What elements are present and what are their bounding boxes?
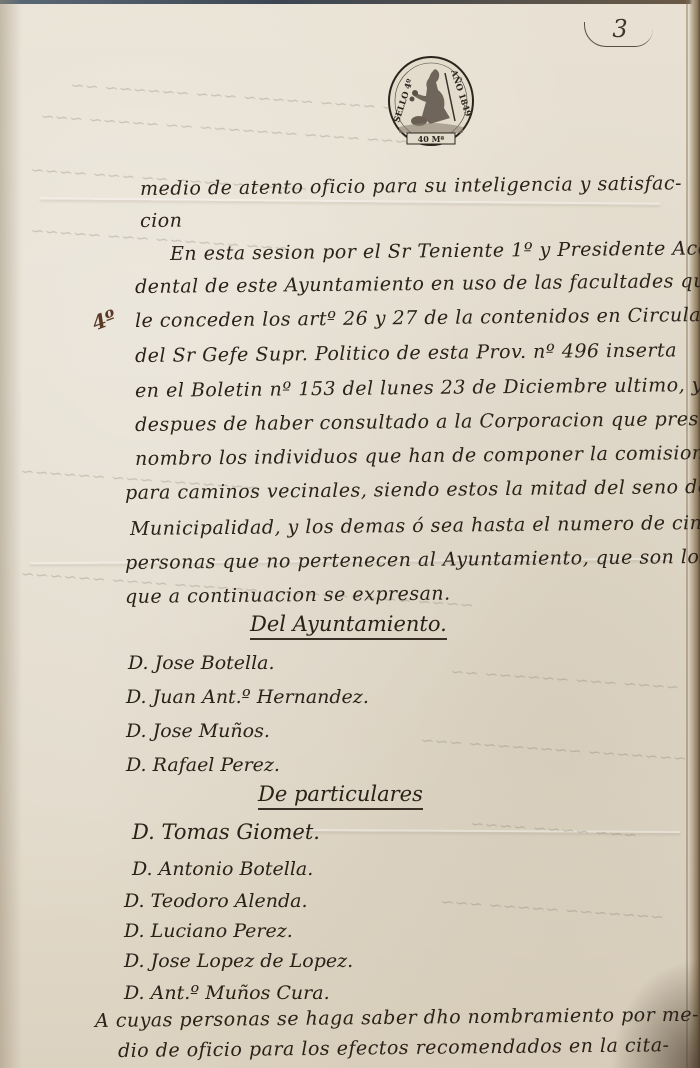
- paper-crease: [40, 197, 660, 204]
- name-entry: D. Tomas Giomet.: [132, 820, 320, 844]
- text-line: A cuyas personas se haga saber dho nombr…: [95, 1004, 699, 1032]
- name-entry: D. Antonio Botella.: [132, 858, 313, 880]
- text-line: del Sr Gefe Supr. Politico de esta Prov.…: [135, 339, 677, 367]
- text-line: nombro los individuos que han de compone…: [135, 442, 700, 470]
- name-entry: D. Ant.º Muños Cura.: [124, 982, 330, 1004]
- svg-text:40 Mª: 40 Mª: [418, 134, 445, 144]
- name-entry: D. Jose Botella.: [128, 652, 275, 674]
- text-line: que a continuacion se expresan.: [125, 583, 451, 608]
- name-entry: D. Jose Lopez de Lopez.: [124, 950, 353, 972]
- top-edge: [0, 0, 700, 4]
- name-entry: D. Juan Ant.º Hernandez.: [126, 686, 369, 708]
- name-entry: D. Jose Muños.: [126, 720, 270, 742]
- left-shadow: [0, 0, 22, 1068]
- text-line: En esta sesion por el Sr Teniente 1º y P…: [170, 237, 700, 265]
- name-entry: D. Teodoro Alenda.: [124, 890, 308, 912]
- name-entry: D. Rafael Perez.: [126, 754, 280, 776]
- text-line: despues de haber consultado a la Corpora…: [135, 408, 700, 436]
- bleed-through: ~~~~~~~ ~~~~~ ~~~: [440, 892, 665, 928]
- bleed-through: ~~~~ ~~~ ~~~~~~ ~~: [450, 662, 681, 698]
- margin-annotation: 4º: [89, 305, 120, 336]
- text-line: Municipalidad, y los demas ó sea hasta e…: [130, 511, 700, 540]
- page-number: 3: [592, 12, 648, 48]
- section-heading-ayuntamiento: Del Ayuntamiento.: [250, 612, 447, 640]
- manuscript-page: ~~~ ~~~~ ~~~~~ ~~~ ~~~~~~ ~~ ~~~~ ~~~~ ~…: [0, 0, 700, 1068]
- text-line: medio de atento oficio para su inteligen…: [140, 172, 682, 200]
- text-line: dental de este Ayuntamiento en uso de la…: [135, 270, 700, 298]
- text-line: cion: [140, 210, 183, 232]
- text-line: personas que no pertenecen al Ayuntamien…: [125, 546, 700, 574]
- text-line: en el Boletin nº 153 del lunes 23 de Dic…: [135, 374, 700, 402]
- tax-stamp-seal: 40 Mª SELLO 4º AÑO 1849: [385, 55, 477, 151]
- bleed-through: ~~~~~~~ ~~~~~~~~ ~~~: [420, 731, 688, 770]
- name-entry: D. Luciano Perez.: [124, 920, 293, 942]
- text-line: le conceden los artº 26 y 27 de la conte…: [135, 304, 700, 332]
- section-heading-particulares: De particulares: [258, 782, 423, 810]
- bleed-through: ~~~ ~~~~ ~~~~: [470, 814, 638, 846]
- text-line: dio de oficio para los efectos recomenda…: [118, 1034, 670, 1062]
